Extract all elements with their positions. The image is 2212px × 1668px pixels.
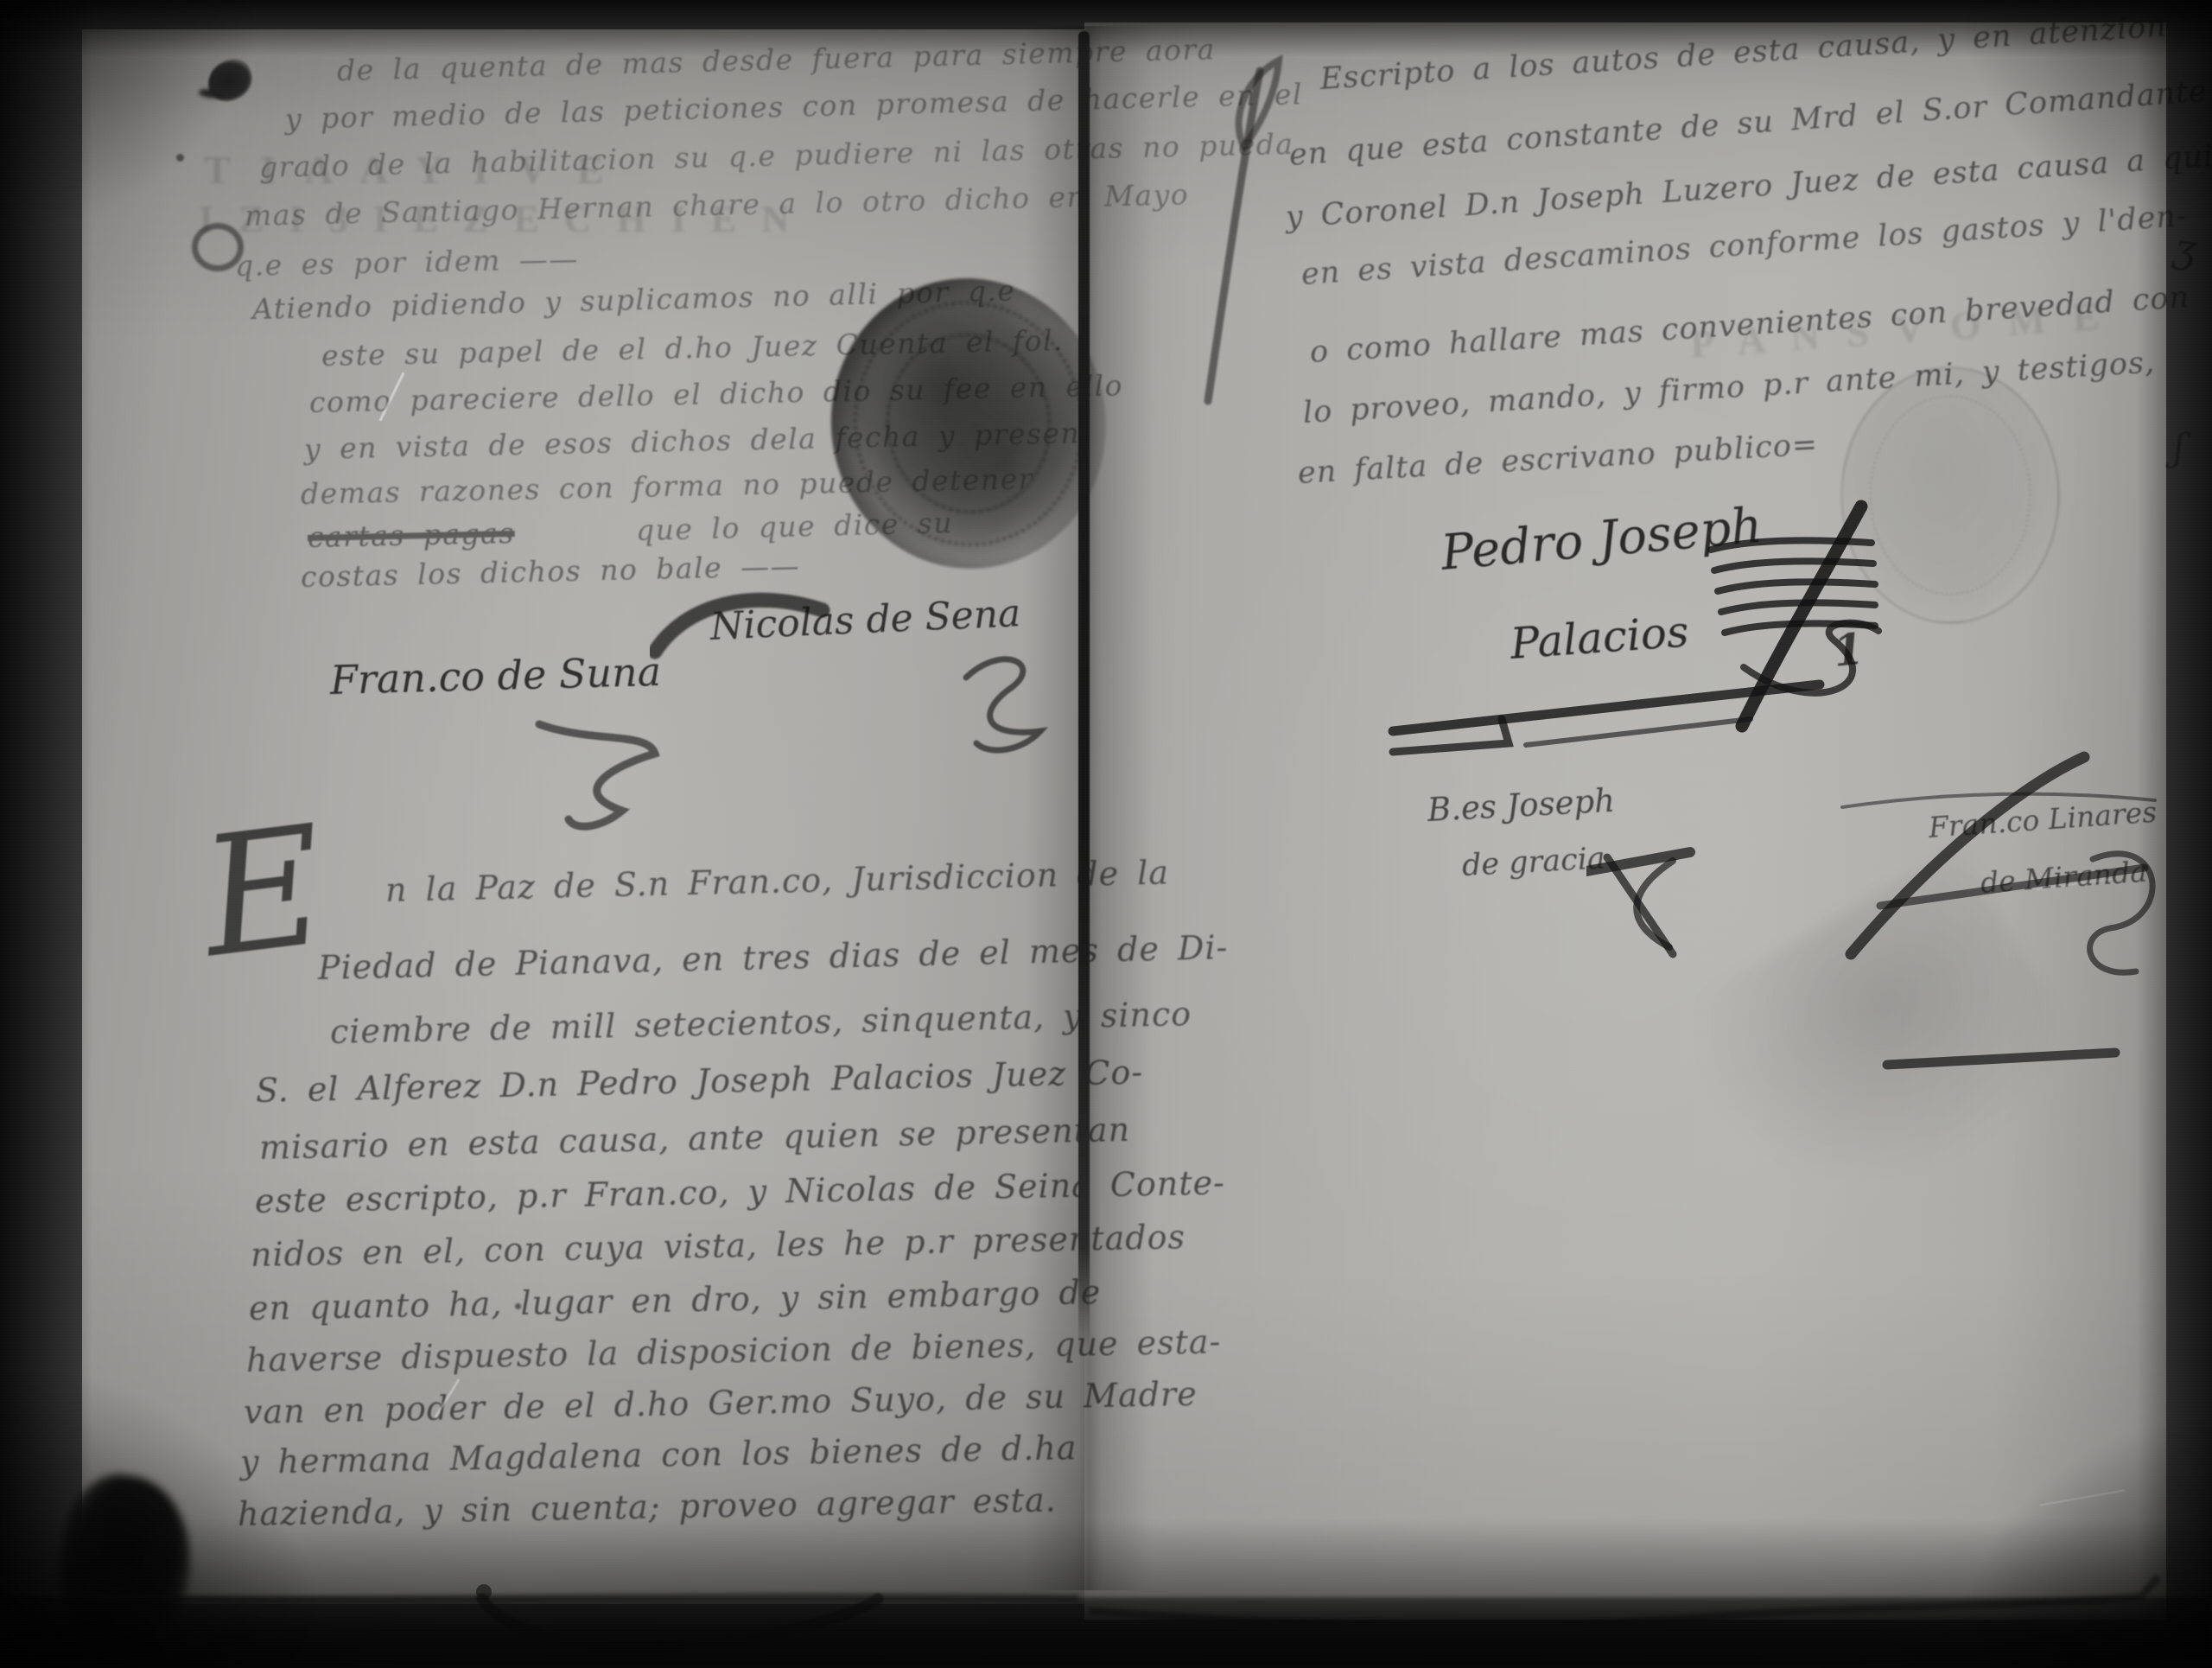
- signature-flourish: [518, 709, 691, 838]
- table-background: [0, 1597, 2212, 1668]
- initial-swash: [1199, 45, 1294, 417]
- ink-speck: [515, 1303, 521, 1309]
- witness-rubric-cross: [1586, 837, 1699, 975]
- signature-banner-stroke: [1379, 662, 1846, 774]
- handwritten-line: q.e es por idem ——: [235, 242, 580, 283]
- binding-gutter-line: [1078, 31, 1090, 1352]
- decorated-initial: E: [193, 790, 335, 994]
- manuscript-scan: T I A A Y I V E I Z I 3 I E Z E C H I E …: [0, 0, 2212, 1668]
- signature-francisco-de-suna: Fran.co de Suna: [329, 648, 661, 703]
- ink-speck: [176, 154, 184, 162]
- struck-through-words: cartas pagas: [308, 516, 516, 554]
- margin-circle-mark: [192, 223, 244, 271]
- page-mark: 1: [1831, 623, 1866, 677]
- edge-mark: ʃ: [2172, 425, 2185, 470]
